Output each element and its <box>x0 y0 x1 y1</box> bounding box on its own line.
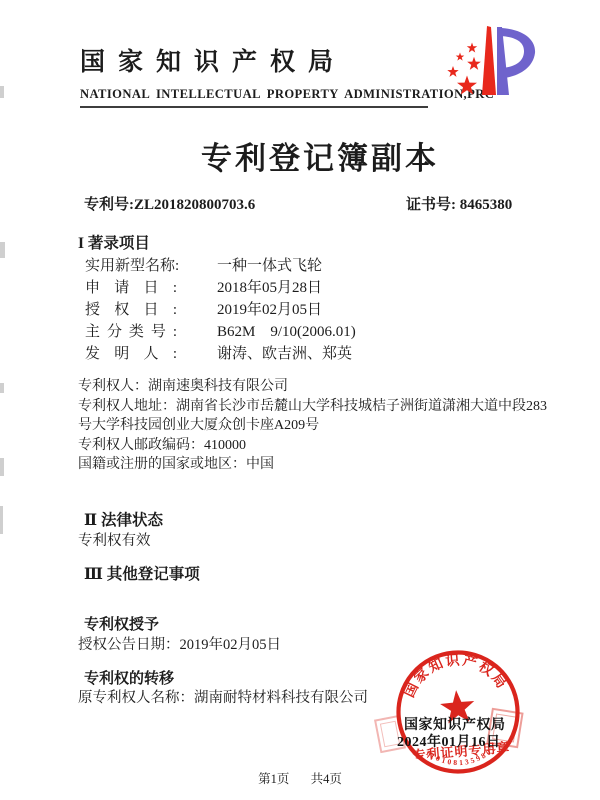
patentee-address-line: 专利权人地址：湖南省长沙市岳麓山大学科技城桔子洲街道潇湘大道中段283号大学科技… <box>78 397 556 436</box>
patentee-country-line: 国籍或注册的国家或地区：中国 <box>78 455 556 475</box>
transfer-heading: 专利权的转移 <box>84 667 174 688</box>
former-patentee-name: 原专利权人名称：湖南耐特材料科技有限公司 <box>78 686 368 707</box>
cnipa-logo-icon <box>430 18 540 114</box>
row-value: 2018年05月28日 <box>217 277 322 299</box>
logo-red-wedge <box>482 26 496 95</box>
patentee-name-line: 专利权人：湖南速奥科技有限公司 <box>78 377 556 397</box>
svg-text:国家知识产权局: 国家知识产权局 <box>397 647 511 701</box>
scan-artifact <box>0 86 4 98</box>
section-heading-other-items: Ⅲ 其他登记事项 <box>84 562 200 584</box>
row-label: 发明人: <box>85 343 177 365</box>
table-row: 授权日:2019年02月05日 <box>85 299 356 321</box>
row-label: 授权日: <box>85 299 177 321</box>
scan-artifact <box>0 458 4 476</box>
bibliographic-table: 实用新型名称:一种一体式飞轮 申请日:2018年05月28日 授权日:2019年… <box>85 255 356 365</box>
scan-artifact <box>0 242 5 258</box>
certificate-number: 证书号: 8465380 <box>406 193 512 214</box>
document-title: 专利登记簿副本 <box>0 133 600 178</box>
grant-heading: 专利权授予 <box>84 613 159 634</box>
patent-register-document: 国家知识产权局 NATIONAL INTELLECTUAL PROPERTY A… <box>0 0 600 800</box>
row-label: 实用新型名称: <box>85 255 177 277</box>
patentee-postcode-line: 专利权人邮政编码：410000 <box>78 436 556 456</box>
agency-name-cn: 国家知识产权局 <box>80 42 346 78</box>
section-heading-bibliographic: I 著录项目 <box>78 231 150 253</box>
logo-blue-stem <box>497 27 509 95</box>
header-divider <box>80 106 428 108</box>
section-heading-legal-status: Ⅱ 法律状态 <box>84 508 163 530</box>
logo-blue-bowl <box>501 28 535 78</box>
table-row: 发明人:谢涛、欧吉洲、郑英 <box>85 343 356 365</box>
scan-artifact <box>0 506 3 534</box>
table-row: 申请日:2018年05月28日 <box>85 277 356 299</box>
scan-artifact <box>0 383 4 393</box>
patentee-info: 专利权人：湖南速奥科技有限公司 专利权人地址：湖南省长沙市岳麓山大学科技城桔子洲… <box>78 377 556 475</box>
page-total: 共4页 <box>311 772 342 786</box>
row-value: 谢涛、欧吉洲、郑英 <box>217 343 352 365</box>
table-row: 主分类号:B62M 9/10(2006.01) <box>85 321 356 343</box>
row-value: 一种一体式飞轮 <box>217 255 322 277</box>
seal-arc-text: 国家知识产权局 <box>397 647 511 701</box>
row-label: 申请日: <box>85 277 177 299</box>
legal-status-value: 专利权有效 <box>78 529 151 550</box>
row-value: 2019年02月05日 <box>217 299 322 321</box>
grant-announcement-date: 授权公告日期：2019年02月05日 <box>78 633 281 654</box>
row-label: 主分类号: <box>85 321 177 343</box>
issue-date-text: 2024年01月16日 <box>397 731 501 751</box>
row-value: B62M 9/10(2006.01) <box>217 321 356 343</box>
table-row: 实用新型名称:一种一体式飞轮 <box>85 255 356 277</box>
page-number: 第1页 <box>258 772 289 786</box>
patent-number: 专利号:ZL201820800703.6 <box>84 193 255 214</box>
